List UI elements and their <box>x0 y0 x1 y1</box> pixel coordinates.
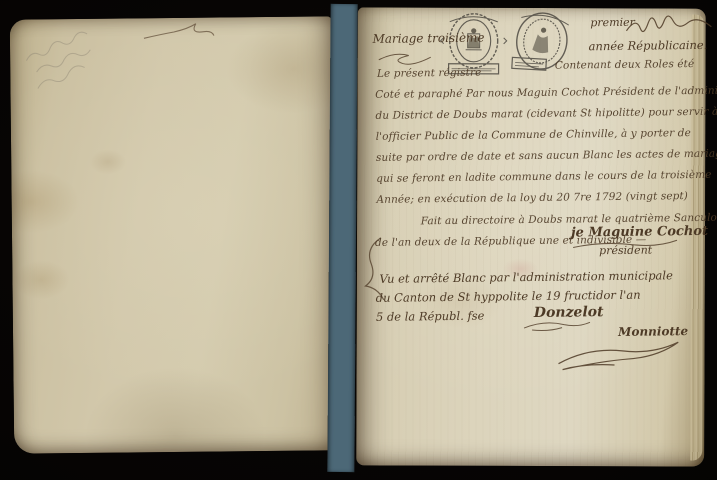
ink-flourish-paraph <box>552 332 682 374</box>
left-page <box>10 16 337 453</box>
certificate-line: du Canton de St hyppolite le 19 fructido… <box>376 288 641 305</box>
body-line: Contenant deux Roles été <box>555 58 695 72</box>
corner-annotation-line2: année Républicaine. <box>589 38 708 53</box>
ink-flourish-donzelot <box>522 319 592 334</box>
body-line: Le présent régistre <box>377 67 482 80</box>
body-line: suite par ordre de date et sans aucun Bl… <box>376 148 717 164</box>
spine-cloth <box>327 4 357 472</box>
ink-flourish-under-title <box>375 47 445 68</box>
page-title: Mariage troisième <box>372 31 484 46</box>
body-line: l'officier Public de la Commune de Chinv… <box>376 127 691 143</box>
certificate-line: Vu et arrêté Blanc par l'administration … <box>379 268 673 286</box>
ink-flourish-signature <box>571 238 681 253</box>
body-line: Année; en exécution de la loy du 20 7re … <box>376 190 688 206</box>
signature-donzelot: Donzelot <box>534 304 604 321</box>
manuscript-text: Mariage troisième premier année Républic… <box>372 12 689 468</box>
body-line: Coté et paraphé Par nous Maguin Cochot P… <box>375 84 717 101</box>
certificate-line: 5 de la Républ. fse <box>376 309 485 324</box>
body-line: qui se feront en ladite commune dans le … <box>376 169 711 185</box>
ink-flourish-corner <box>624 12 714 39</box>
right-page: Mariage troisième premier année Républic… <box>356 7 706 466</box>
photo-background: Mariage troisième premier année Républic… <box>0 0 717 480</box>
body-line: du District de Doubs marat (cidevant St … <box>375 106 717 122</box>
ink-paraph-mark <box>138 12 218 49</box>
pencil-inscription <box>20 22 131 93</box>
